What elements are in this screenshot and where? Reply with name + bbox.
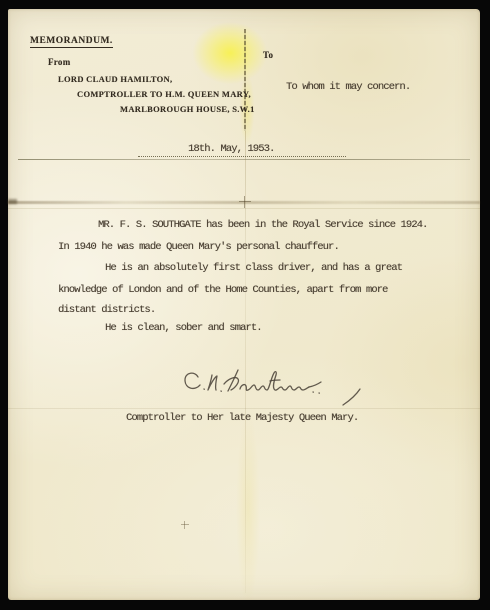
header-rule (18, 159, 470, 160)
sender-address-line: MARLBOROUGH HOUSE, S.W.1 (120, 104, 255, 114)
recipient-line: To whom it may concern. (286, 81, 410, 93)
letter-paper: MEMORANDUM. From To LORD CLAUD HAMILTON,… (8, 9, 480, 600)
body-line: MR. F. S. SOUTHGATE has been in the Roya… (98, 219, 427, 231)
from-label: From (48, 57, 71, 67)
fold-cross-mark (239, 196, 251, 208)
sender-name-line: LORD CLAUD HAMILTON, (58, 74, 172, 84)
body-line: In 1940 he was made Queen Mary's persona… (58, 241, 339, 253)
to-label: To (263, 50, 273, 60)
signature-handwriting (178, 361, 368, 413)
fold-crease-horizontal-faint (8, 208, 480, 209)
body-line: distant districts. (58, 304, 155, 316)
date-text: 18th. May, 1953. (188, 143, 274, 155)
signature-title-line: Comptroller to Her late Majesty Queen Ma… (126, 412, 358, 424)
body-line: He is an absolutely first class driver, … (105, 262, 402, 274)
sender-title-line: COMPTROLLER TO H.M. QUEEN MARY, (77, 89, 251, 99)
center-fold-dashed (244, 29, 246, 131)
scan-background: MEMORANDUM. From To LORD CLAUD HAMILTON,… (0, 0, 490, 610)
fold-edge-nick (8, 199, 17, 204)
body-line: He is clean, sober and smart. (105, 322, 262, 334)
body-line: knowledge of London and of the Home Coun… (58, 284, 387, 296)
typed-plus-mark (181, 521, 189, 529)
memorandum-label: MEMORANDUM. (30, 36, 113, 48)
